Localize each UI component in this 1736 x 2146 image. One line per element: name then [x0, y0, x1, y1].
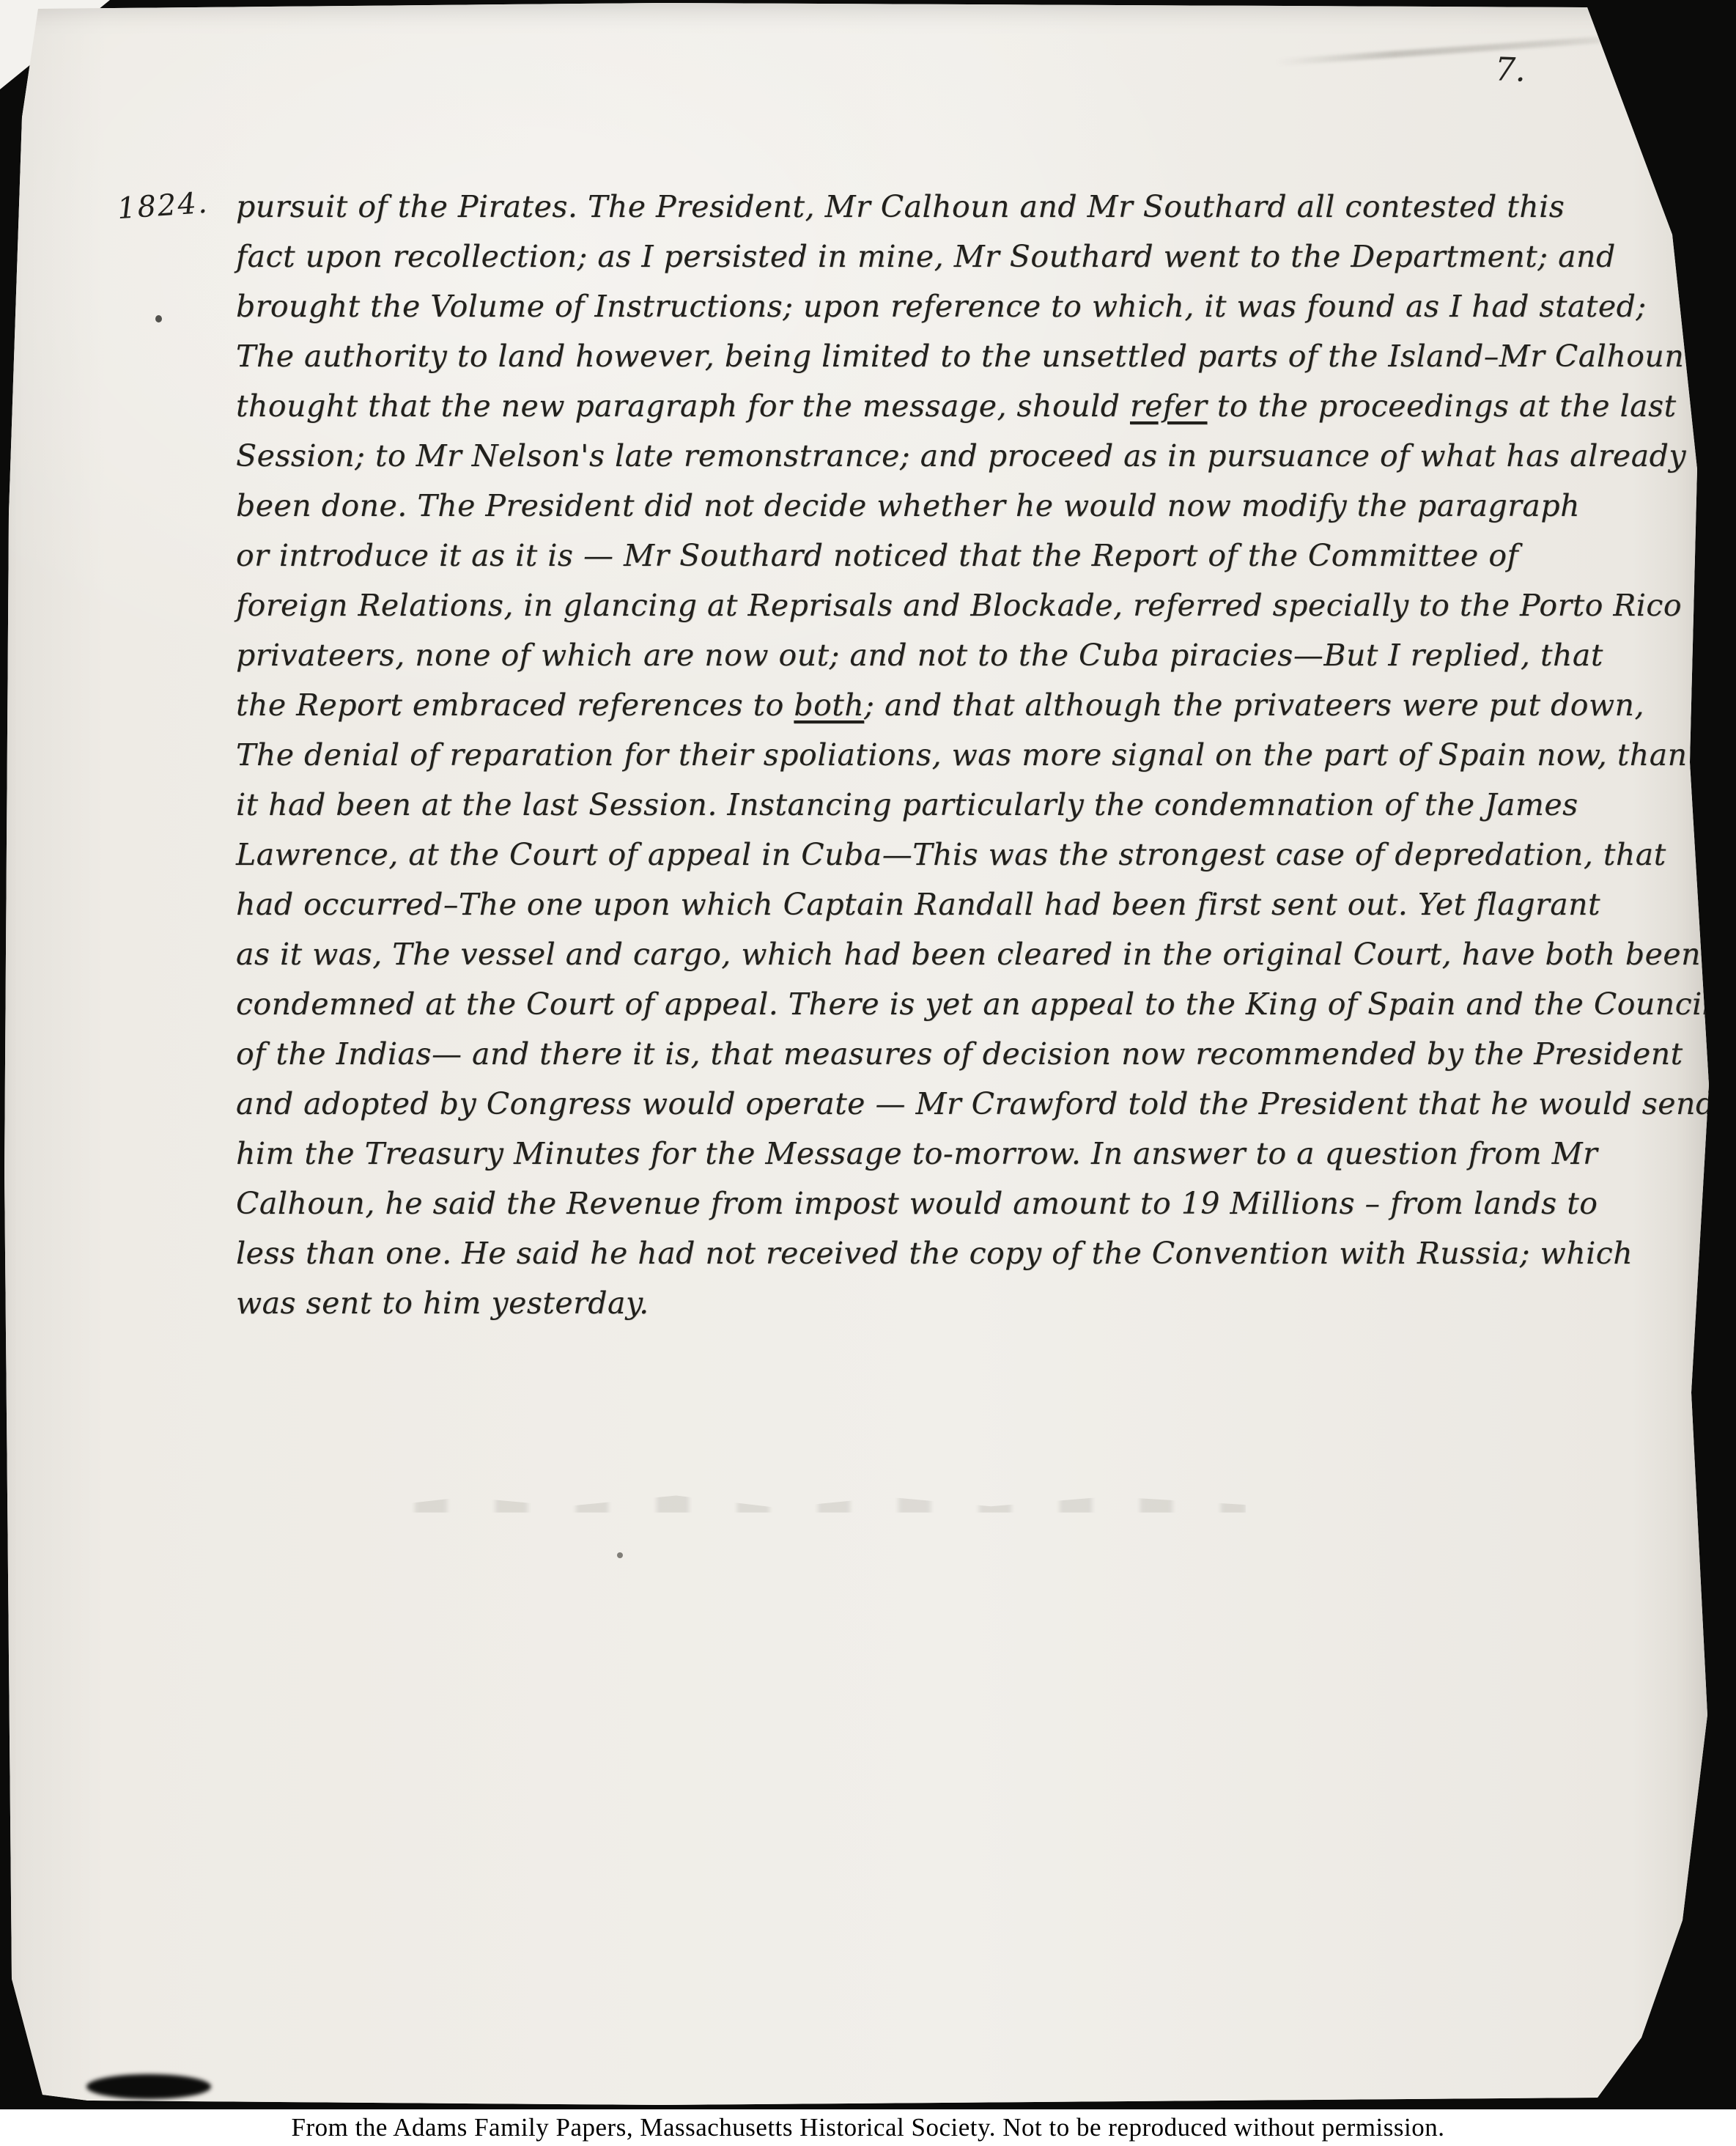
manuscript-line: pursuit of the Pirates. The President, M…: [236, 189, 1584, 224]
manuscript-line: less than one. He said he had not receiv…: [236, 1236, 1584, 1271]
margin-year-label: 1824.: [117, 186, 210, 226]
manuscript-line: privateers, none of which are now out; a…: [236, 638, 1584, 673]
attribution-text: From the Adams Family Papers, Massachuse…: [292, 2113, 1445, 2142]
manuscript-line: and adopted by Congress would operate — …: [236, 1086, 1584, 1121]
manuscript-line: fact upon recollection; as I persisted i…: [236, 239, 1584, 274]
manuscript-line: him the Treasury Minutes for the Message…: [236, 1136, 1584, 1171]
manuscript-line: the Report embraced references to both; …: [236, 687, 1584, 723]
manuscript-line: was sent to him yesterday.: [236, 1286, 1584, 1321]
manuscript-line: or introduce it as it is — Mr Southard n…: [236, 538, 1584, 573]
attribution-footer: From the Adams Family Papers, Massachuse…: [0, 2109, 1736, 2146]
manuscript-page: 7. 1824. pursuit of the Pirates. The Pre…: [0, 0, 1736, 2146]
manuscript-line: Lawrence, at the Court of appeal in Cuba…: [236, 837, 1584, 872]
manuscript-line: as it was, The vessel and cargo, which h…: [236, 937, 1584, 972]
manuscript-line: it had been at the last Session. Instanc…: [236, 787, 1584, 822]
manuscript-line: thought that the new paragraph for the m…: [236, 388, 1584, 424]
manuscript-line: The authority to land however, being lim…: [236, 339, 1584, 374]
underlined-word: both: [794, 687, 864, 723]
manuscript-line: condemned at the Court of appeal. There …: [236, 987, 1584, 1022]
page-number: 7.: [1494, 51, 1526, 89]
manuscript-line: Calhoun, he said the Revenue from impost…: [236, 1186, 1584, 1221]
pencil-smear: [1275, 32, 1670, 66]
manuscript-line: The denial of reparation for their spoli…: [236, 737, 1584, 773]
scan-edge-blot: [86, 2074, 211, 2099]
ink-speck: [155, 315, 162, 322]
manuscript-line: been done. The President did not decide …: [236, 488, 1584, 523]
manuscript-scan: 7. 1824. pursuit of the Pirates. The Pre…: [0, 0, 1736, 2146]
manuscript-line: had occurred–The one upon which Captain …: [236, 887, 1584, 922]
ink-speck: [617, 1552, 623, 1558]
manuscript-line: foreign Relations, in glancing at Repris…: [236, 588, 1584, 623]
manuscript-line: of the Indias— and there it is, that mea…: [236, 1036, 1584, 1072]
underlined-word: refer: [1130, 388, 1207, 424]
pencil-annotation-illegible: [396, 1488, 1246, 1519]
manuscript-line: brought the Volume of Instructions; upon…: [236, 289, 1584, 324]
manuscript-line: Session; to Mr Nelson's late remonstranc…: [236, 438, 1584, 473]
